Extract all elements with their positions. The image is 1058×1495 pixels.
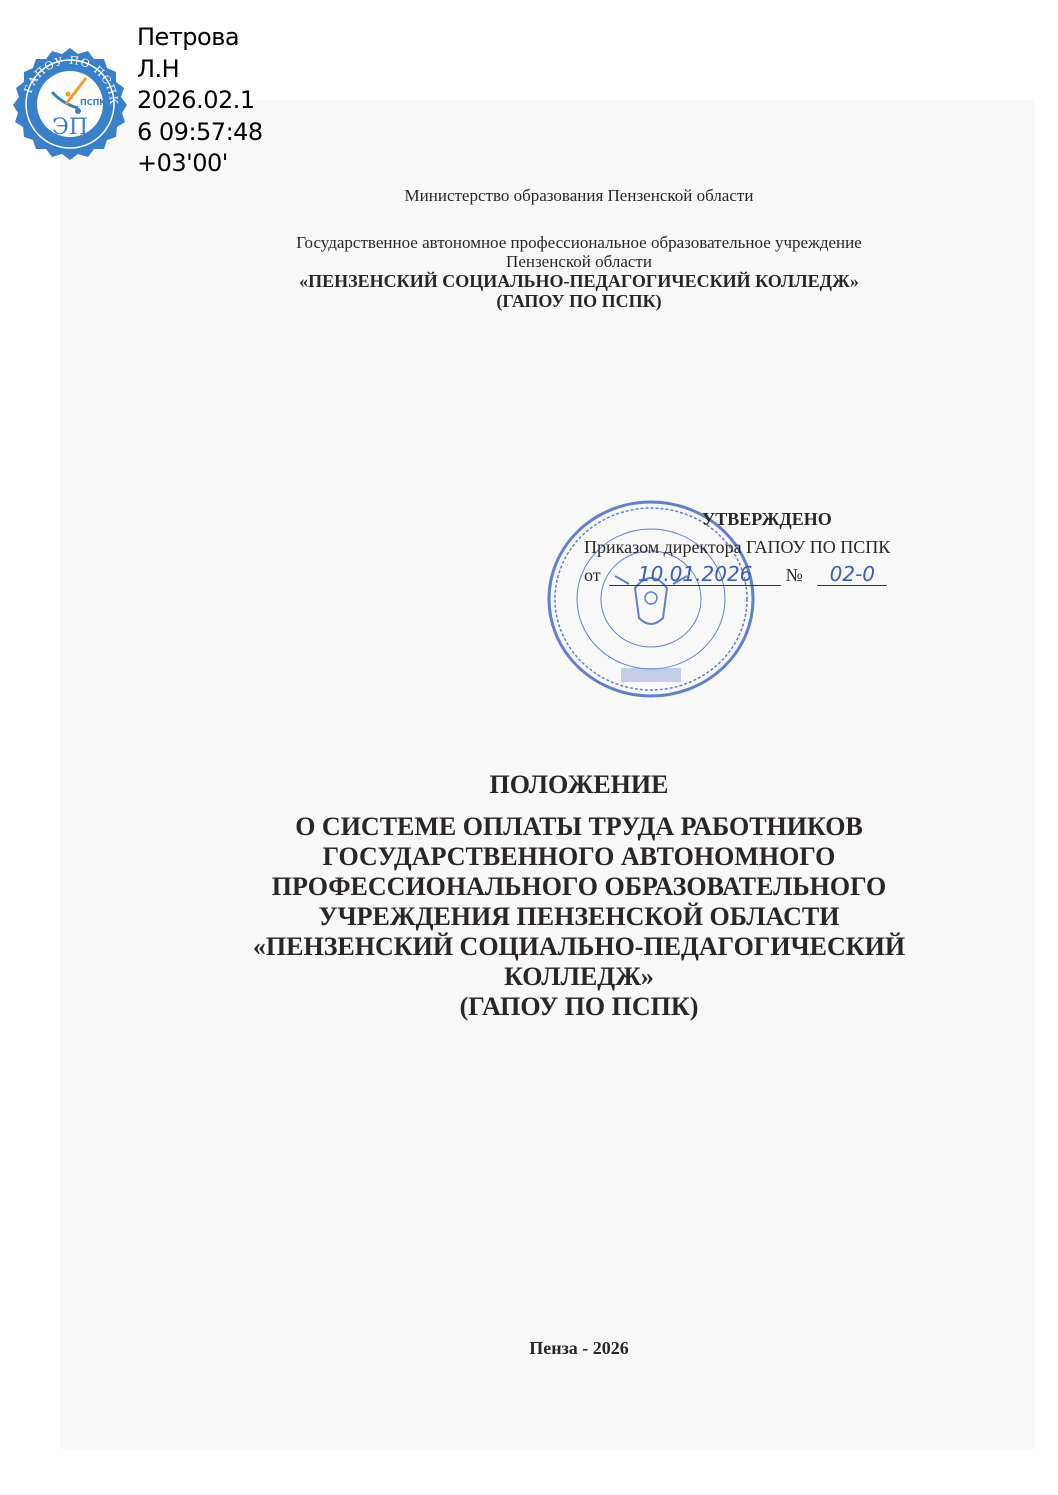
electronic-signature-seal-icon: ГАПОУ ПО ПСПК ПСПК ЭП <box>8 42 132 166</box>
signature-line: 2026.02.1 <box>137 85 263 117</box>
title-line: (ГАПОУ ПО ПСПК) <box>50 992 1058 1022</box>
institution-line-2: Пензенской области <box>50 252 1058 271</box>
title-line: ГОСУДАРСТВЕННОГО АВТОНОМНОГО <box>50 842 1058 872</box>
title-line: «ПЕНЗЕНСКИЙ СОЦИАЛЬНО-ПЕДАГОГИЧЕСКИЙ <box>50 932 1058 962</box>
document-title: ПОЛОЖЕНИЕ О СИСТЕМЕ ОПЛАТЫ ТРУДА РАБОТНИ… <box>50 770 1058 1022</box>
city-year: Пенза - 2026 <box>50 1338 1058 1359</box>
title-line: КОЛЛЕДЖ» <box>50 962 1058 992</box>
title-line: УЧРЕЖДЕНИЯ ПЕНЗЕНСКОЙ ОБЛАСТИ <box>50 902 1058 932</box>
college-abbr: (ГАПОУ ПО ПСПК) <box>50 291 1058 311</box>
approval-block: УТВЕРЖДЕНО Приказом директора ГАПОУ ПО П… <box>584 505 890 589</box>
signature-line: Петрова <box>137 22 263 54</box>
date-prefix: от <box>584 565 601 585</box>
title-line: ПРОФЕССИОНАЛЬНОГО ОБРАЗОВАТЕЛЬНОГО <box>50 872 1058 902</box>
svg-text:ПСПК: ПСПК <box>80 98 106 107</box>
title-line: О СИСТЕМЕ ОПЛАТЫ ТРУДА РАБОТНИКОВ <box>50 812 1058 842</box>
signature-line: +03'00' <box>137 148 263 180</box>
order-date: 10.01.2026 <box>609 563 781 586</box>
order-number: 02-0 <box>817 563 887 586</box>
title-line: ПОЛОЖЕНИЕ <box>50 770 1058 800</box>
college-name: «ПЕНЗЕНСКИЙ СОЦИАЛЬНО-ПЕДАГОГИЧЕСКИЙ КОЛ… <box>50 271 1058 291</box>
approval-order: Приказом директора ГАПОУ ПО ПСПК <box>584 533 890 561</box>
institution-line-1: Государственное автономное профессиональ… <box>50 233 1058 252</box>
number-prefix: № <box>786 565 803 585</box>
signature-details: Петрова Л.Н 2026.02.1 6 09:57:48 +03'00' <box>137 22 263 180</box>
signature-line: Л.Н <box>137 54 263 86</box>
ministry-name: Министерство образования Пензенской обла… <box>50 186 1058 206</box>
approval-date-row: от 10.01.2026 № 02-0 <box>584 561 890 589</box>
signature-line: 6 09:57:48 <box>137 117 263 149</box>
institution-block: Государственное автономное профессиональ… <box>50 233 1058 311</box>
approval-heading: УТВЕРЖДЕНО <box>584 505 890 533</box>
svg-text:ЭП: ЭП <box>52 115 88 140</box>
